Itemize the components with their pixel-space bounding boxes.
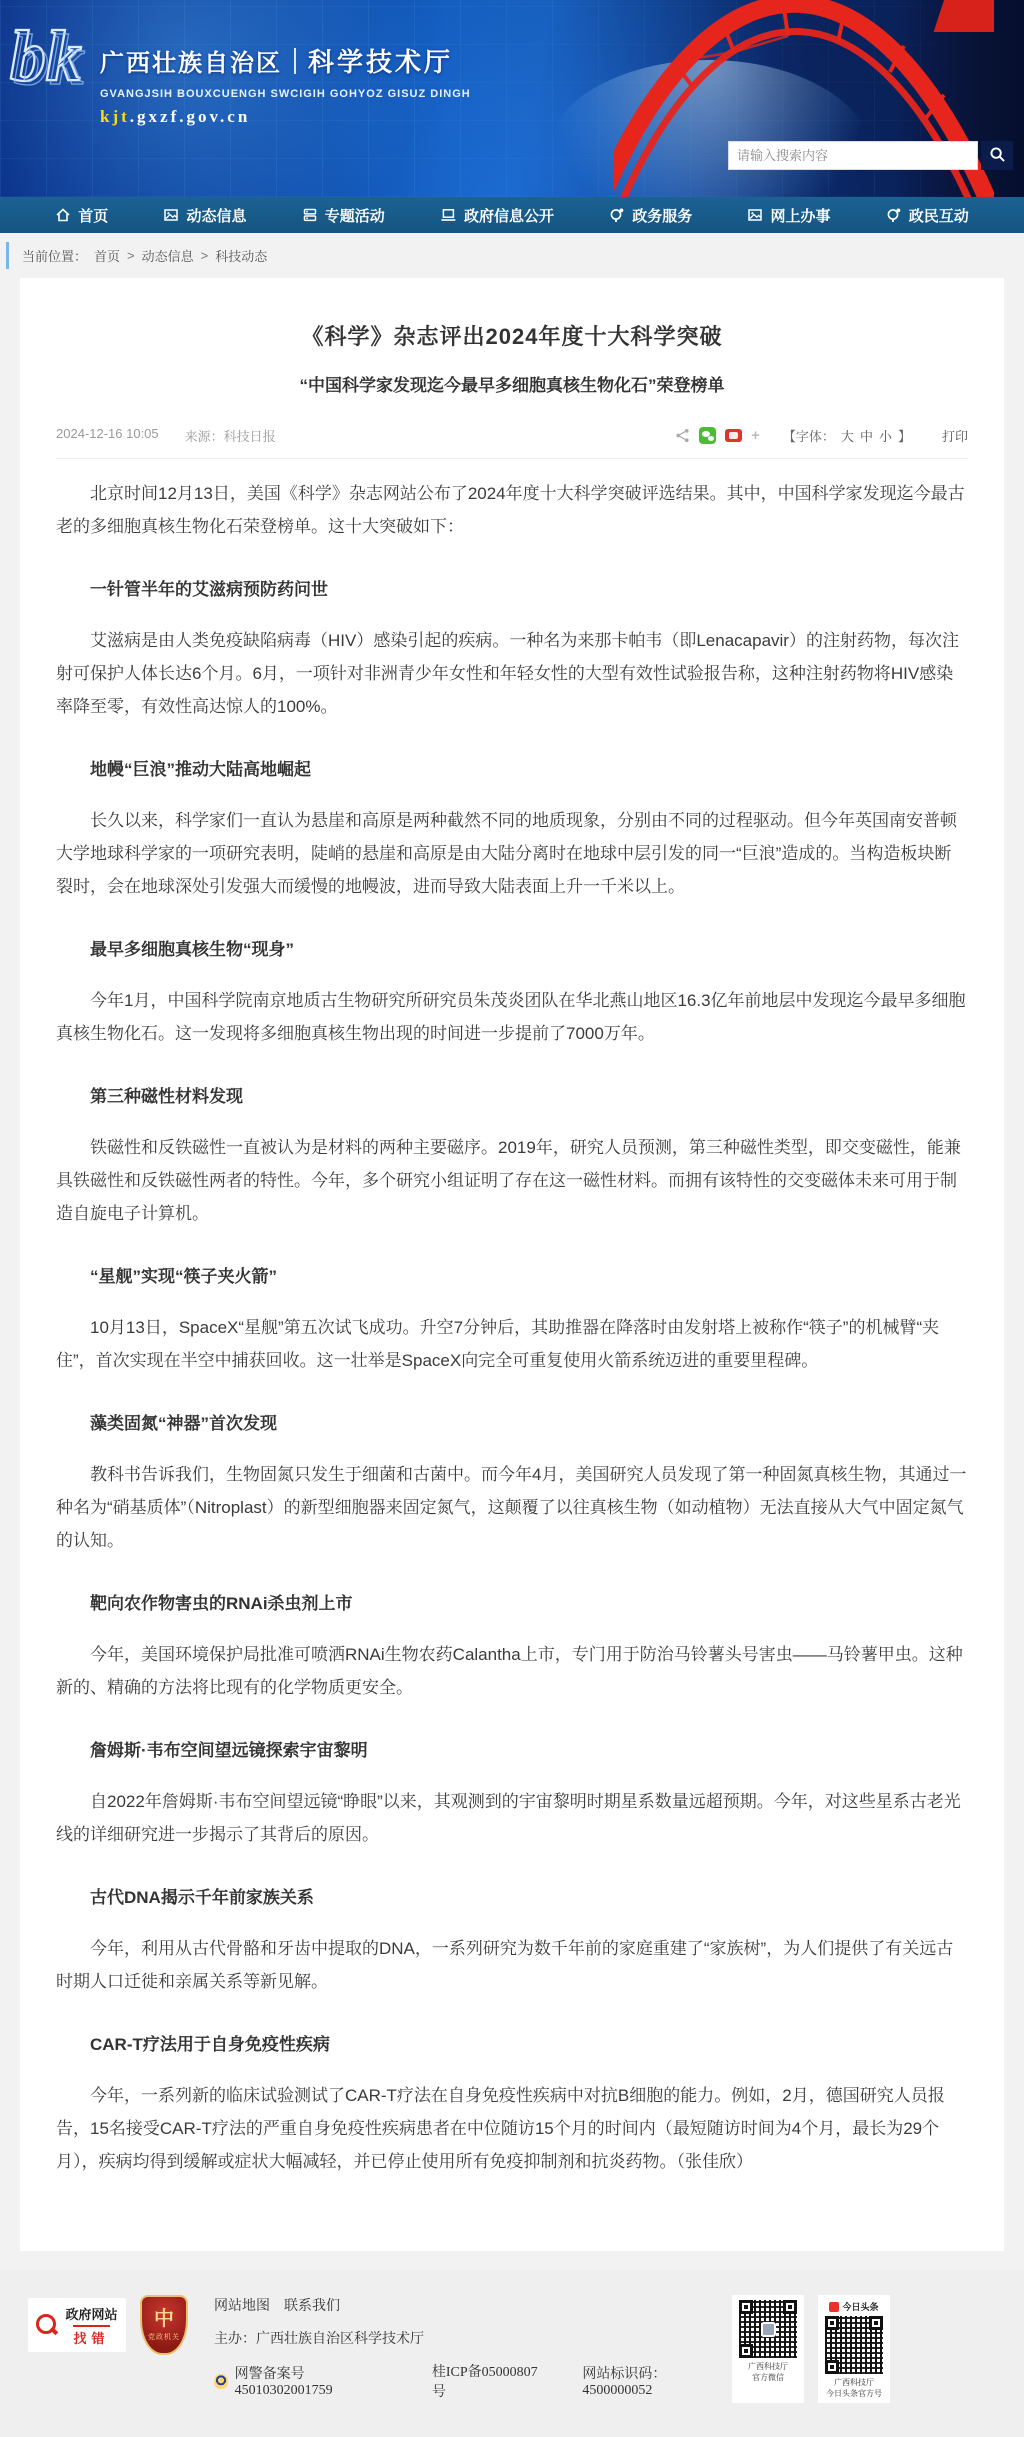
section-heading: CAR-T疗法用于自身免疫性疾病 <box>56 2028 968 2061</box>
nav-item-online-affairs[interactable]: 网上办事 <box>747 205 830 226</box>
qr-finder-mark <box>825 2360 839 2374</box>
nav-item-news[interactable]: 动态信息 <box>163 205 246 226</box>
section-heading: 詹姆斯·韦布空间望远镜探索宇宙黎明 <box>56 1734 968 1767</box>
site-url-prefix: kjt <box>100 107 130 126</box>
section-heading: 古代DNA揭示千年前家族关系 <box>56 1881 968 1914</box>
error-report-magnifier-icon <box>36 2314 58 2336</box>
weibo-share-icon[interactable] <box>725 429 742 442</box>
service-bubble-icon <box>609 207 625 223</box>
share-icon[interactable] <box>675 428 690 443</box>
paragraph: 艾滋病是由人类免疫缺陷病毒（HIV）感染引起的疾病。一种名为来那卡帕韦（即Len… <box>56 624 968 723</box>
font-size-small-button[interactable]: 小 <box>879 426 892 445</box>
error-badge-line1: 政府网站 <box>65 2304 117 2323</box>
search-icon <box>989 146 1006 166</box>
brand-divider <box>294 48 296 74</box>
wechat-share-icon[interactable] <box>699 427 716 444</box>
toutiao-qr-label-line2: 今日头条官方号 <box>823 2388 885 2399</box>
section-heading: 藻类固氮“神器”首次发现 <box>56 1407 968 1440</box>
page-content-area: 《科学》杂志评出2024年度十大科学突破 “中国科学家发现迄今最早多细胞真核生物… <box>0 278 1024 2269</box>
article-body: 北京时间12月13日，美国《科学》杂志网站公布了2024年度十大科学突破评选结果… <box>56 477 968 2178</box>
section-heading: “星舰”实现“筷子夹火箭” <box>56 1260 968 1293</box>
home-icon <box>55 207 71 223</box>
paragraph: 北京时间12月13日，美国《科学》杂志网站公布了2024年度十大科学突破评选结果… <box>56 477 968 543</box>
wechat-qr-code <box>739 2300 797 2358</box>
breadcrumb-accent-bar <box>6 242 9 269</box>
breadcrumb-link-tech[interactable]: 科技动态 <box>215 246 267 265</box>
header-banner: bk bk 广西壮族自治区 科学技术厅 GVANGJSIH BOUXCUENGH… <box>0 0 1024 197</box>
nav-item-topics[interactable]: 专题活动 <box>302 205 385 226</box>
party-gov-shield-badge[interactable]: 中 党政机关 <box>140 2295 188 2355</box>
paragraph: 自2022年詹姆斯·韦布空间望远镜“睁眼”以来，其观测到的宇宙黎明时期星系数量远… <box>56 1785 968 1851</box>
nav-item-label: 动态信息 <box>186 205 246 226</box>
toutiao-header-label: 今日头条 <box>842 2300 878 2313</box>
font-size-control: 【字体： 大 中 小 】 <box>783 426 911 445</box>
print-button[interactable]: 打印 <box>942 426 968 445</box>
paragraph: 今年1月，中国科学院南京地质古生物研究所研究员朱茂炎团队在华北燕山地区16.3亿… <box>56 984 968 1050</box>
stack-icon <box>302 207 318 223</box>
site-brand: 广西壮族自治区 科学技术厅 GVANGJSIH BOUXCUENGH SWCIG… <box>100 42 471 127</box>
wechat-qr-box: 广西科技厅 官方微信 <box>732 2295 804 2403</box>
nav-item-label: 政务服务 <box>632 205 692 226</box>
footer-link-contact[interactable]: 联系我们 <box>284 2295 340 2315</box>
nav-item-label: 专题活动 <box>325 205 385 226</box>
paragraph: 长久以来，科学家们一直认为悬崖和高原是两种截然不同的地质现象，分别由不同的过程驱… <box>56 804 968 903</box>
site-logo: bk bk <box>8 12 100 109</box>
paragraph: 今年，利用从古代骨骼和牙齿中提取的DNA，一系列研究为数千年前的家庭重建了“家族… <box>56 1932 968 1998</box>
qr-finder-mark <box>739 2300 753 2314</box>
qr-finder-mark <box>869 2316 883 2330</box>
search-bar <box>728 141 1013 170</box>
paragraph: 今年，一系列新的临床试验测试了CAR-T疗法在自身免疫性疾病中对抗B细胞的能力。… <box>56 2079 968 2178</box>
laptop-icon <box>440 207 457 223</box>
paragraph: 今年，美国环境保护局批准可喷洒RNAi生物农药Calantha上市，专门用于防治… <box>56 1638 968 1704</box>
icp-number: 桂ICP备05000807号 <box>432 2361 548 2401</box>
paragraph: 10月13日，SpaceX“星舰”第五次试飞成功。升空7分钟后，其助推器在降落时… <box>56 1311 968 1377</box>
section-heading: 第三种磁性材料发现 <box>56 1080 968 1113</box>
font-label-close: 】 <box>898 426 911 445</box>
police-record-number: 网警备案号45010302001759 <box>235 2363 398 2399</box>
article-subtitle: “中国科学家发现迄今最早多细胞真核生物化石”荣登榜单 <box>56 371 968 396</box>
breadcrumb-link-news[interactable]: 动态信息 <box>142 246 194 265</box>
interaction-bubble-icon <box>886 207 902 223</box>
nav-item-home[interactable]: 首页 <box>55 205 108 226</box>
wechat-qr-label-line1: 广西科技厅 <box>737 2361 799 2372</box>
qr-finder-mark <box>825 2316 839 2330</box>
nav-item-gov-info[interactable]: 政府信息公开 <box>440 205 554 226</box>
error-badge-line2: 找错 <box>73 2325 109 2347</box>
footer-link-sitemap[interactable]: 网站地图 <box>214 2295 270 2315</box>
breadcrumb-separator: > <box>127 248 135 263</box>
search-button[interactable] <box>981 141 1013 170</box>
paragraph: 教科书告诉我们，生物固氮只发生于细菌和古菌中。而今年4月，美国研究人员发现了第一… <box>56 1458 968 1557</box>
site-code: 网站标识码：4500000052 <box>582 2363 732 2399</box>
search-input[interactable] <box>728 141 978 170</box>
site-url-rest: .gxzf.gov.cn <box>130 107 251 126</box>
publish-datetime: 2024-12-16 10:05 <box>56 426 159 445</box>
font-size-medium-button[interactable]: 中 <box>860 426 873 445</box>
nav-item-gov-services[interactable]: 政务服务 <box>609 205 692 226</box>
breadcrumb-link-home[interactable]: 首页 <box>94 246 120 265</box>
breadcrumb-prefix: 当前位置： <box>22 246 87 265</box>
police-badge-icon <box>214 2374 228 2389</box>
nav-item-label: 政府信息公开 <box>464 205 554 226</box>
svg-text:bk: bk <box>14 20 86 100</box>
breadcrumb-separator: > <box>201 248 209 263</box>
footer-organizer: 主办：广西壮族自治区科学技术厅 <box>214 2328 732 2348</box>
section-heading: 地幔“巨浪”推动大陆高地崛起 <box>56 753 968 786</box>
section-heading: 一针管半年的艾滋病预防药问世 <box>56 573 968 606</box>
font-label-open: 【字体： <box>783 426 835 445</box>
toutiao-qr-box: 今日头条 广西科技厅 今日头条官方号 <box>818 2295 890 2403</box>
nav-item-label: 网上办事 <box>770 205 830 226</box>
main-nav: 首页 动态信息 专题活动 政府信息公开 政务服务 网上办事 政民互动 <box>0 197 1024 233</box>
shield-emblem-icon: 中 <box>154 2309 174 2329</box>
font-size-large-button[interactable]: 大 <box>841 426 854 445</box>
shield-label: 党政机关 <box>148 2332 180 2342</box>
section-heading: 靶向农作物害虫的RNAi杀虫剂上市 <box>56 1587 968 1620</box>
nav-item-interaction[interactable]: 政民互动 <box>886 205 969 226</box>
page-footer: 政府网站 找错 中 党政机关 网站地图 联系我们 主办：广西壮族自治区科学技术厅… <box>0 2269 1024 2437</box>
region-name: 广西壮族自治区 <box>100 43 282 78</box>
qr-finder-mark <box>783 2300 797 2314</box>
qr-center-logo <box>761 2322 776 2337</box>
wechat-qr-label-line2: 官方微信 <box>737 2372 799 2383</box>
footer-qr-codes: 广西科技厅 官方微信 今日头条 广西科技厅 今日头条官方号 <box>732 2295 890 2403</box>
more-share-icon[interactable]: + <box>751 427 760 444</box>
section-heading: 最早多细胞真核生物“现身” <box>56 933 968 966</box>
gov-site-error-report-badge[interactable]: 政府网站 找错 <box>28 2298 126 2352</box>
nav-item-label: 首页 <box>78 205 108 226</box>
article-title: 《科学》杂志评出2024年度十大科学突破 <box>56 320 968 351</box>
nav-item-label: 政民互动 <box>909 205 969 226</box>
online-image-icon <box>747 207 763 223</box>
paragraph: 铁磁性和反铁磁性一直被认为是材料的两种主要磁序。2019年，研究人员预测，第三种… <box>56 1131 968 1230</box>
article-source: 来源：科技日报 <box>185 426 276 445</box>
department-name: 科学技术厅 <box>308 42 453 79</box>
article-meta: 2024-12-16 10:05 来源：科技日报 + 【字体： 大 中 小 】 … <box>56 426 968 459</box>
breadcrumb: 当前位置： 首页 > 动态信息 > 科技动态 <box>0 233 1024 278</box>
toutiao-qr-label-line1: 广西科技厅 <box>823 2377 885 2388</box>
toutiao-icon <box>829 2302 839 2312</box>
qr-finder-mark <box>739 2344 753 2358</box>
zhuang-name: GVANGJSIH BOUXCUENGH SWCIGIH GOHYOZ GISU… <box>100 88 471 100</box>
news-image-icon <box>163 207 179 223</box>
site-url: kjt.gxzf.gov.cn <box>100 107 471 127</box>
article-card: 《科学》杂志评出2024年度十大科学突破 “中国科学家发现迄今最早多细胞真核生物… <box>20 278 1004 2251</box>
toutiao-qr-code <box>825 2316 883 2374</box>
